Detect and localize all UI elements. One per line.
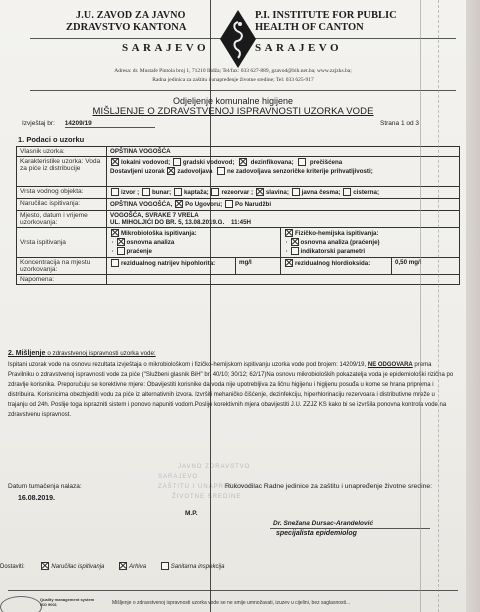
table-row-characteristics: Karakteristike uzorka: Voda za piće iz d… [17, 157, 460, 187]
doctor-name: Dr. Snežana Dursac-Arandelović [273, 520, 373, 527]
checkbox-disinfected[interactable] [239, 158, 247, 166]
org-name-local-2: ZDRAVSTVO KANTONA [66, 22, 186, 33]
checkbox-spring[interactable] [111, 188, 119, 196]
org-name-en-1: P.I. INSTITUTE FOR PUBLIC [255, 10, 397, 21]
sampling-place-value: VOGOŠĆA, SVRAKE 7 VRELA UL. MIHOLJIĆI DO… [107, 211, 460, 228]
object-type-value: izvor ; bunar; kaptaža; rezeorvar ; slav… [107, 187, 460, 199]
object-type-label: Vrsta vodnog objekta: [17, 187, 107, 199]
checkbox-well[interactable] [142, 188, 150, 196]
table-row-test-type: Vrsta ispitivanja Mikrobiološka ispitiva… [17, 228, 460, 258]
checkbox-not-satisfies[interactable] [217, 167, 225, 175]
sampling-place-label: Mjesto, datum i vrijeme uzorkovanja: [17, 211, 107, 228]
table-row-client: Naručilac ispitivanja: OPŠTINA VOGOŠĆA, … [17, 199, 460, 211]
fold-line-right [420, 0, 421, 612]
report-number-value: 14209/19 [65, 120, 155, 128]
checkbox-purified[interactable] [298, 158, 306, 166]
page-edge [466, 0, 480, 612]
checkbox-phys-basic[interactable] [291, 238, 299, 246]
checkbox-deliver-archive[interactable] [119, 562, 127, 570]
footer-rule [8, 590, 458, 591]
table-row-note: Napomena: [17, 275, 460, 285]
delivery-list: Dostaviti: Naručilac ispitivanja Arhiva … [0, 562, 236, 571]
test-type-label: Vrsta ispitivanja [17, 228, 107, 258]
report-number: Izvještaj br: 14209/19 [22, 120, 155, 128]
table-row-sampling-place: Mjesto, datum i vrijeme uzorkovanja: VOG… [17, 211, 460, 228]
characteristics-options: lokalni vodovod; gradski vodovod; dezinf… [110, 158, 456, 167]
owner-label: Vlasnik uzorka: [17, 147, 107, 157]
section-2-heading: 2. Mišljenje o zdravstvenoj ispravnosti … [8, 350, 156, 357]
header-rule-bottom [30, 90, 456, 91]
checkbox-micro[interactable] [111, 229, 119, 237]
unit-line: Radna jedinica za zaštitu i unapređenje … [0, 77, 466, 83]
fold-line [210, 0, 211, 612]
table-row-object-type: Vrsta vodnog objekta: izvor ; bunar; kap… [17, 187, 460, 199]
checkbox-local-water[interactable] [111, 158, 119, 166]
sample-data-table: Vlasnik uzorka: OPŠTINA VOGOŠĆA Karakter… [16, 146, 460, 285]
characteristics-value: lokalni vodovod; gradski vodovod; dezinf… [107, 157, 460, 187]
client-value: OPŠTINA VOGOŠĆA, Po Ugovoru; Po Narudžbi [107, 199, 460, 211]
clo2-value: 0,50 mg/l [392, 258, 460, 275]
footer-notice: Mišljenje o zdravstvenoj ispravnosti uzo… [112, 600, 350, 606]
verdict: NE ODGOVARA [368, 362, 413, 368]
page-indicator: Strana 1 od 3 [380, 120, 419, 127]
table-row-owner: Vlasnik uzorka: OPŠTINA VOGOŠĆA [17, 147, 460, 157]
micro-tests: Mikrobiološka ispitivanja: · osnovna ana… [107, 228, 281, 258]
concentration-label: Koncentracija na mjestu uzorkovanja: [17, 258, 107, 275]
document-title: MIŠLJENJE O ZDRAVSTVENOJ ISPRAVNOSTI UZO… [0, 106, 466, 117]
iso-certification-icon [0, 596, 42, 612]
checkbox-by-order[interactable] [225, 200, 233, 208]
clo2-cell: rezidualnog hlordioksida: [281, 258, 392, 275]
checkbox-phys-chem[interactable] [285, 229, 293, 237]
unit-head-label: Rukovodilac Radne jedinice za zaštitu i … [225, 483, 432, 490]
letterhead: J.U. ZAVOD ZA JAVNO ZDRAVSTVO KANTONA SA… [0, 6, 466, 96]
naocl-value: mg/l [236, 258, 281, 275]
checkbox-city-water[interactable] [173, 158, 181, 166]
checkbox-micro-basic[interactable] [117, 238, 125, 246]
note-label: Napomena: [17, 275, 107, 285]
signature-line [270, 528, 430, 529]
report-number-label: Izvještaj br: [22, 120, 55, 127]
org-city-local: SARAJEVO [122, 42, 209, 54]
owner-value: OPŠTINA VOGOŠĆA [107, 147, 460, 157]
note-value [107, 275, 460, 285]
department-name: Odjeljenje komunalne higijene [0, 96, 466, 106]
checkbox-by-contract[interactable] [175, 200, 183, 208]
checkbox-deliver-client[interactable] [41, 562, 49, 570]
checkbox-clo2[interactable] [285, 259, 293, 267]
official-stamp: JAVNO ZDRAVSTVO SARAJEVO ZAŠTITU I UNAPR… [158, 462, 268, 522]
interpretation-date-label: Datum tumačenja nalaza: [8, 483, 82, 490]
checkbox-tap[interactable] [256, 188, 264, 196]
opinion-text: Ispitani uzorak vode na osnovu rezultata… [8, 360, 456, 420]
client-label: Naručilac ispitivanja: [17, 199, 107, 211]
checkbox-phys-indicator[interactable] [291, 247, 299, 255]
checkbox-micro-monitoring[interactable] [117, 247, 125, 255]
org-name-en-2: HEALTH OF CANTON [255, 22, 364, 33]
address-line: Adresa: dr. Mustafe Pintola broj 1, 7121… [0, 68, 466, 74]
checkbox-public-fountain[interactable] [292, 188, 300, 196]
checkbox-naocl[interactable] [111, 259, 119, 267]
naocl-cell: rezidualnog natrijev hipohlorita: [107, 258, 236, 275]
org-name-local-1: J.U. ZAVOD ZA JAVNO [76, 10, 186, 21]
section-1-heading: 1. Podaci o uzorku [18, 135, 84, 144]
table-row-concentration: Koncentracija na mjestu uzorkovanja: rez… [17, 258, 460, 275]
phys-chem-tests: Fizičko-hemijska ispitivanja: · osnovna … [281, 228, 460, 258]
fold-line-dashed [438, 0, 439, 612]
checkbox-catchment[interactable] [174, 188, 182, 196]
iso-text: Quality management system ISO 9001 [40, 597, 94, 607]
checkbox-cistern[interactable] [343, 188, 351, 196]
checkbox-deliver-inspection[interactable] [161, 562, 169, 570]
checkbox-satisfies[interactable] [167, 167, 175, 175]
delivered-options: Dostavljeni uzorak zadovoljava ne zadovo… [110, 167, 456, 176]
institute-logo-icon [220, 10, 256, 68]
doctor-title: specijalista epidemiolog [276, 530, 357, 537]
org-city-en: SARAJEVO [255, 42, 342, 54]
characteristics-label: Karakteristike uzorka: Voda za piće iz d… [17, 157, 107, 187]
interpretation-date-value: 16.08.2019. [18, 495, 55, 502]
seal-mark: M.P. [185, 510, 198, 517]
checkbox-reservoir[interactable] [211, 188, 219, 196]
